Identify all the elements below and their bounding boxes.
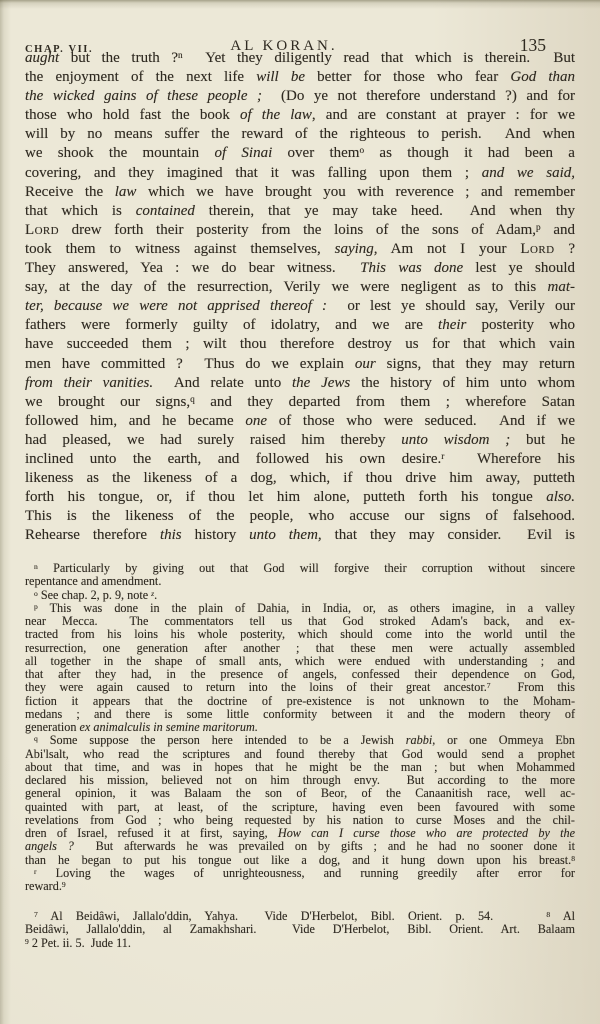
text-segment: , and are constant at prayer : for we [312,107,575,123]
text-segment: Loving the wages of unrighteousness, and… [37,866,575,880]
text-segment: and they departed from them ; wherefore … [195,394,575,410]
text-segment: revelations from God ; who being request… [25,813,575,827]
text-line: say, at the day of the resurrection, Ver… [25,278,575,297]
text-line: have succeeded them ; wilt thou therefor… [25,335,575,354]
text-segment: Al [550,909,575,923]
text-segment: took them to witness against themselves, [25,241,335,257]
text-segment: had pleased, we had surely raised him th… [25,432,401,448]
text-line: 7 Al Beidâwi, Jallalo'ddin, Yahya. Vide … [25,910,575,923]
text-segment: Al Beidâwi, Jallalo'ddin, Yahya. Vide D'… [38,909,547,923]
text-segment: will be [256,69,305,85]
text-line: revelations from God ; who being request… [25,814,575,827]
text-segment: but the truth ? [59,50,178,66]
text-line: aught but the truth ?n Yet they diligent… [25,49,575,68]
text-line: reward.9 [25,880,575,893]
text-segment: this [160,527,182,543]
text-line: n Particularly by giving out that God wi… [25,562,575,575]
text-line: that which is contained therein, that ye… [25,202,575,221]
text-segment: of the law [240,107,312,123]
text-segment: the enjoyment of the next life [25,69,256,85]
text-line: quainted with part, at least, of the scr… [25,801,575,814]
text-segment: Abi'lsalt, who read the scriptures and f… [25,747,575,761]
text-segment: Some suppose the person here intended to… [38,733,406,747]
text-segment: mat- [548,279,576,295]
text-line: had pleased, we had surely raised him th… [25,431,575,450]
text-segment: the wicked gains of these people ; [25,88,262,104]
footnote-marker: 8 [571,853,575,862]
text-segment: over them [272,145,359,161]
text-segment: God than [510,69,575,85]
text-segment: angels ? [25,839,74,853]
text-segment: near Mecca. The commentators tell us tha… [25,614,575,628]
text-segment: covering, and they imagined that it was … [25,165,482,181]
text-segment: dren of Israel, refused it at first, say… [25,826,278,840]
text-segment: of Sinai [214,145,272,161]
text-segment: Wherefore his [444,451,575,467]
text-segment: from their vanities. [25,375,153,391]
text-line: medans ; and there is some little confor… [25,708,575,721]
text-segment: the history of him unto whom [350,375,575,391]
text-segment: This was done [360,260,463,276]
text-segment: men have committed ? Thus do we explain [25,356,355,372]
text-segment: Am not I your [378,241,521,257]
text-line: the wicked gains of these people ; (Do y… [25,87,575,106]
text-segment: Lord [520,241,554,257]
text-segment: fathers were formerly guilty of idolatry… [25,317,438,333]
text-segment: See chap. 2, p. 9, note [38,588,151,602]
text-line: p This was done in the plain of Dahia, i… [25,602,575,615]
text-segment: medans ; and there is some little confor… [25,707,575,721]
text-segment: Lord [25,222,59,238]
text-segment: repentance and amendment. [25,574,161,588]
text-segment: Yet they diligently read that which is t… [183,50,575,66]
text-segment: that which is [25,203,136,219]
text-segment: those who hold fast the book [25,107,240,123]
text-segment: reward. [25,879,62,893]
text-segment: we brought our signs, [25,394,190,410]
text-segment: we shook the mountain [25,145,214,161]
text-segment: that they may consider. Evil is [322,527,575,543]
text-line: This is the likeness of the people, who … [25,507,575,526]
text-segment: say, at the day of the resurrection, Ver… [25,279,548,295]
text-segment: Rehearse therefore [25,527,160,543]
text-line: repentance and amendment. [25,575,575,588]
footnote-marker: 9 [62,880,66,889]
text-segment: generation [25,720,79,734]
text-line: 9 2 Pet. ii. 5. Jude 11. [25,937,575,950]
text-segment: quainted with part, at least, of the scr… [25,800,575,814]
text-segment: saying, [335,241,378,257]
text-segment: declared his mission, believed not on hi… [25,773,575,787]
text-segment: 2 Pet. ii. 5. Jude 11. [29,936,131,950]
text-line: tracted from his loins his whole posteri… [25,628,575,641]
text-segment: signs, that they may return [376,356,575,372]
text-line: inclined unto the earth, and followed hi… [25,450,575,469]
text-line: they were again caused to return into th… [25,681,575,694]
text-segment: they were again caused to return into th… [25,680,487,694]
text-segment: one [245,413,267,429]
text-segment: ex animalculis in semine maritorum. [79,720,257,734]
text-segment: fiction it appears that the doctrine of … [25,694,575,708]
text-segment: ? [554,241,575,257]
text-line: angels ? But afterwards he was prevailed… [25,840,575,853]
text-line: general opinion, it was Balaam the son o… [25,787,575,800]
text-line: near Mecca. The commentators tell us tha… [25,615,575,628]
text-line: Abi'lsalt, who read the scriptures and f… [25,748,575,761]
text-segment: (Do ye not therefore understand ?) and f… [262,88,575,104]
text-segment: ter, because we were not apprised thereo… [25,298,327,314]
text-line: forth his tongue, or, if thou let him al… [25,488,575,507]
text-line: we brought our signs,q and they departed… [25,393,575,412]
text-line: covering, and they imagined that it was … [25,164,575,183]
text-line: generation ex animalculis in semine mari… [25,721,575,734]
text-segment: And relate unto [153,375,292,391]
text-line: about that time, and was in hopes that h… [25,761,575,774]
text-line: men have committed ? Thus do we explain … [25,355,575,374]
text-line: declared his mission, believed not on hi… [25,774,575,787]
text-segment: also. [546,489,575,505]
text-line: fiction it appears that the doctrine of … [25,695,575,708]
text-segment: likeness as the likeness of a dog, which… [25,470,575,486]
text-segment: our [355,356,376,372]
footnotes: n Particularly by giving out that God wi… [25,562,575,893]
text-segment: which we have brought you with reverence… [136,184,575,200]
text-segment: But afterwards he was prevailed on by gi… [74,839,575,853]
text-segment: unto wisdom ; [401,432,510,448]
text-line: all together in the shape of small ants,… [25,655,575,668]
body-text: aught but the truth ?n Yet they diligent… [25,49,575,545]
text-line: Rehearse therefore this history unto the… [25,526,575,545]
text-line: took them to witness against themselves,… [25,240,575,259]
text-line: fathers were formerly guilty of idolatry… [25,316,575,335]
text-segment: general opinion, it was Balaam the son o… [25,786,575,800]
text-segment: This is the likeness of the people, who … [25,508,575,524]
text-segment: and [541,222,575,238]
text-segment: or lest ye should say, Verily our [327,298,575,314]
text-segment: history [182,527,250,543]
text-segment: posterity who [466,317,575,333]
text-line: o See chap. 2, p. 9, note z. [25,589,575,602]
bottom-references: 7 Al Beidâwi, Jallalo'ddin, Yahya. Vide … [25,910,575,950]
text-segment: and we said, [482,165,575,181]
text-line: followed him, and he became one of those… [25,412,575,431]
text-segment: Particularly by giving out that God will… [38,561,575,575]
text-segment: Receive the [25,184,115,200]
text-line: ter, because we were not apprised thereo… [25,297,575,316]
text-line: Receive the law which we have brought yo… [25,183,575,202]
text-segment: From this [491,680,575,694]
text-segment: have succeeded them ; wilt thou therefor… [25,336,575,352]
text-segment: unto them, [249,527,322,543]
text-segment: This was done in the plain of Dahia, in … [38,601,575,615]
text-segment: followed him, and he became [25,413,245,429]
text-segment: rabbi [406,733,432,747]
text-line: resurrection, one generation after anoth… [25,642,575,655]
text-segment: of those who were seduced. And if we [267,413,575,429]
book-page: CHAP. VII. AL KORAN. 135 aught but the t… [0,0,600,1024]
text-segment: their [438,317,466,333]
text-line: we shook the mountain of Sinai over them… [25,144,575,163]
text-line: Lord drew forth their posterity from the… [25,221,575,240]
text-line: from their vanities. And relate unto the… [25,374,575,393]
text-segment: better for those who fear [305,69,510,85]
text-line: than he began to put his tongue out like… [25,854,575,867]
text-segment: They answered, Yea : we do bear witness. [25,260,360,276]
text-line: that after they had, in the presence of … [25,668,575,681]
text-line: r Loving the wages of unrighteousness, a… [25,867,575,880]
text-segment: all together in the shape of small ants,… [25,654,575,668]
text-segment: How can I curse those who are protected … [278,826,575,840]
text-segment: but he [510,432,575,448]
text-segment: Beidâwi, Jallalo'ddin, al Zamakhshari. V… [25,922,575,936]
text-segment: than he began to put his tongue out like… [25,853,571,867]
text-segment: , or one Ommeya Ebn [432,733,575,747]
text-segment: law [115,184,137,200]
text-segment: tracted from his loins his whole posteri… [25,627,575,641]
text-segment: resurrection, one generation after anoth… [25,641,575,655]
text-segment: that after they had, in the presence of … [25,667,575,681]
text-segment: aught [25,50,59,66]
text-line: Beidâwi, Jallalo'ddin, al Zamakhshari. V… [25,923,575,936]
text-line: They answered, Yea : we do bear witness.… [25,259,575,278]
text-segment: contained [136,203,195,219]
text-segment: as though it had been a [364,145,575,161]
text-segment: lest ye should [463,260,575,276]
text-line: dren of Israel, refused it at first, say… [25,827,575,840]
text-segment: inclined unto the earth, and followed hi… [25,451,441,467]
text-line: likeness as the likeness of a dog, which… [25,469,575,488]
text-segment: forth his tongue, or, if thou let him al… [25,489,546,505]
text-segment: drew forth their posterity from the loin… [59,222,536,238]
text-segment: the Jews [292,375,350,391]
text-segment: . [154,588,157,602]
text-segment: will by no means suffer the reward of th… [25,126,575,142]
text-line: will by no means suffer the reward of th… [25,125,575,144]
text-line: the enjoyment of the next life will be b… [25,68,575,87]
text-segment: therein, that ye may take heed. And when… [195,203,575,219]
text-segment: about that time, and was in hopes that h… [25,760,575,774]
text-line: those who hold fast the book of the law,… [25,106,575,125]
text-line: q Some suppose the person here intended … [25,734,575,747]
